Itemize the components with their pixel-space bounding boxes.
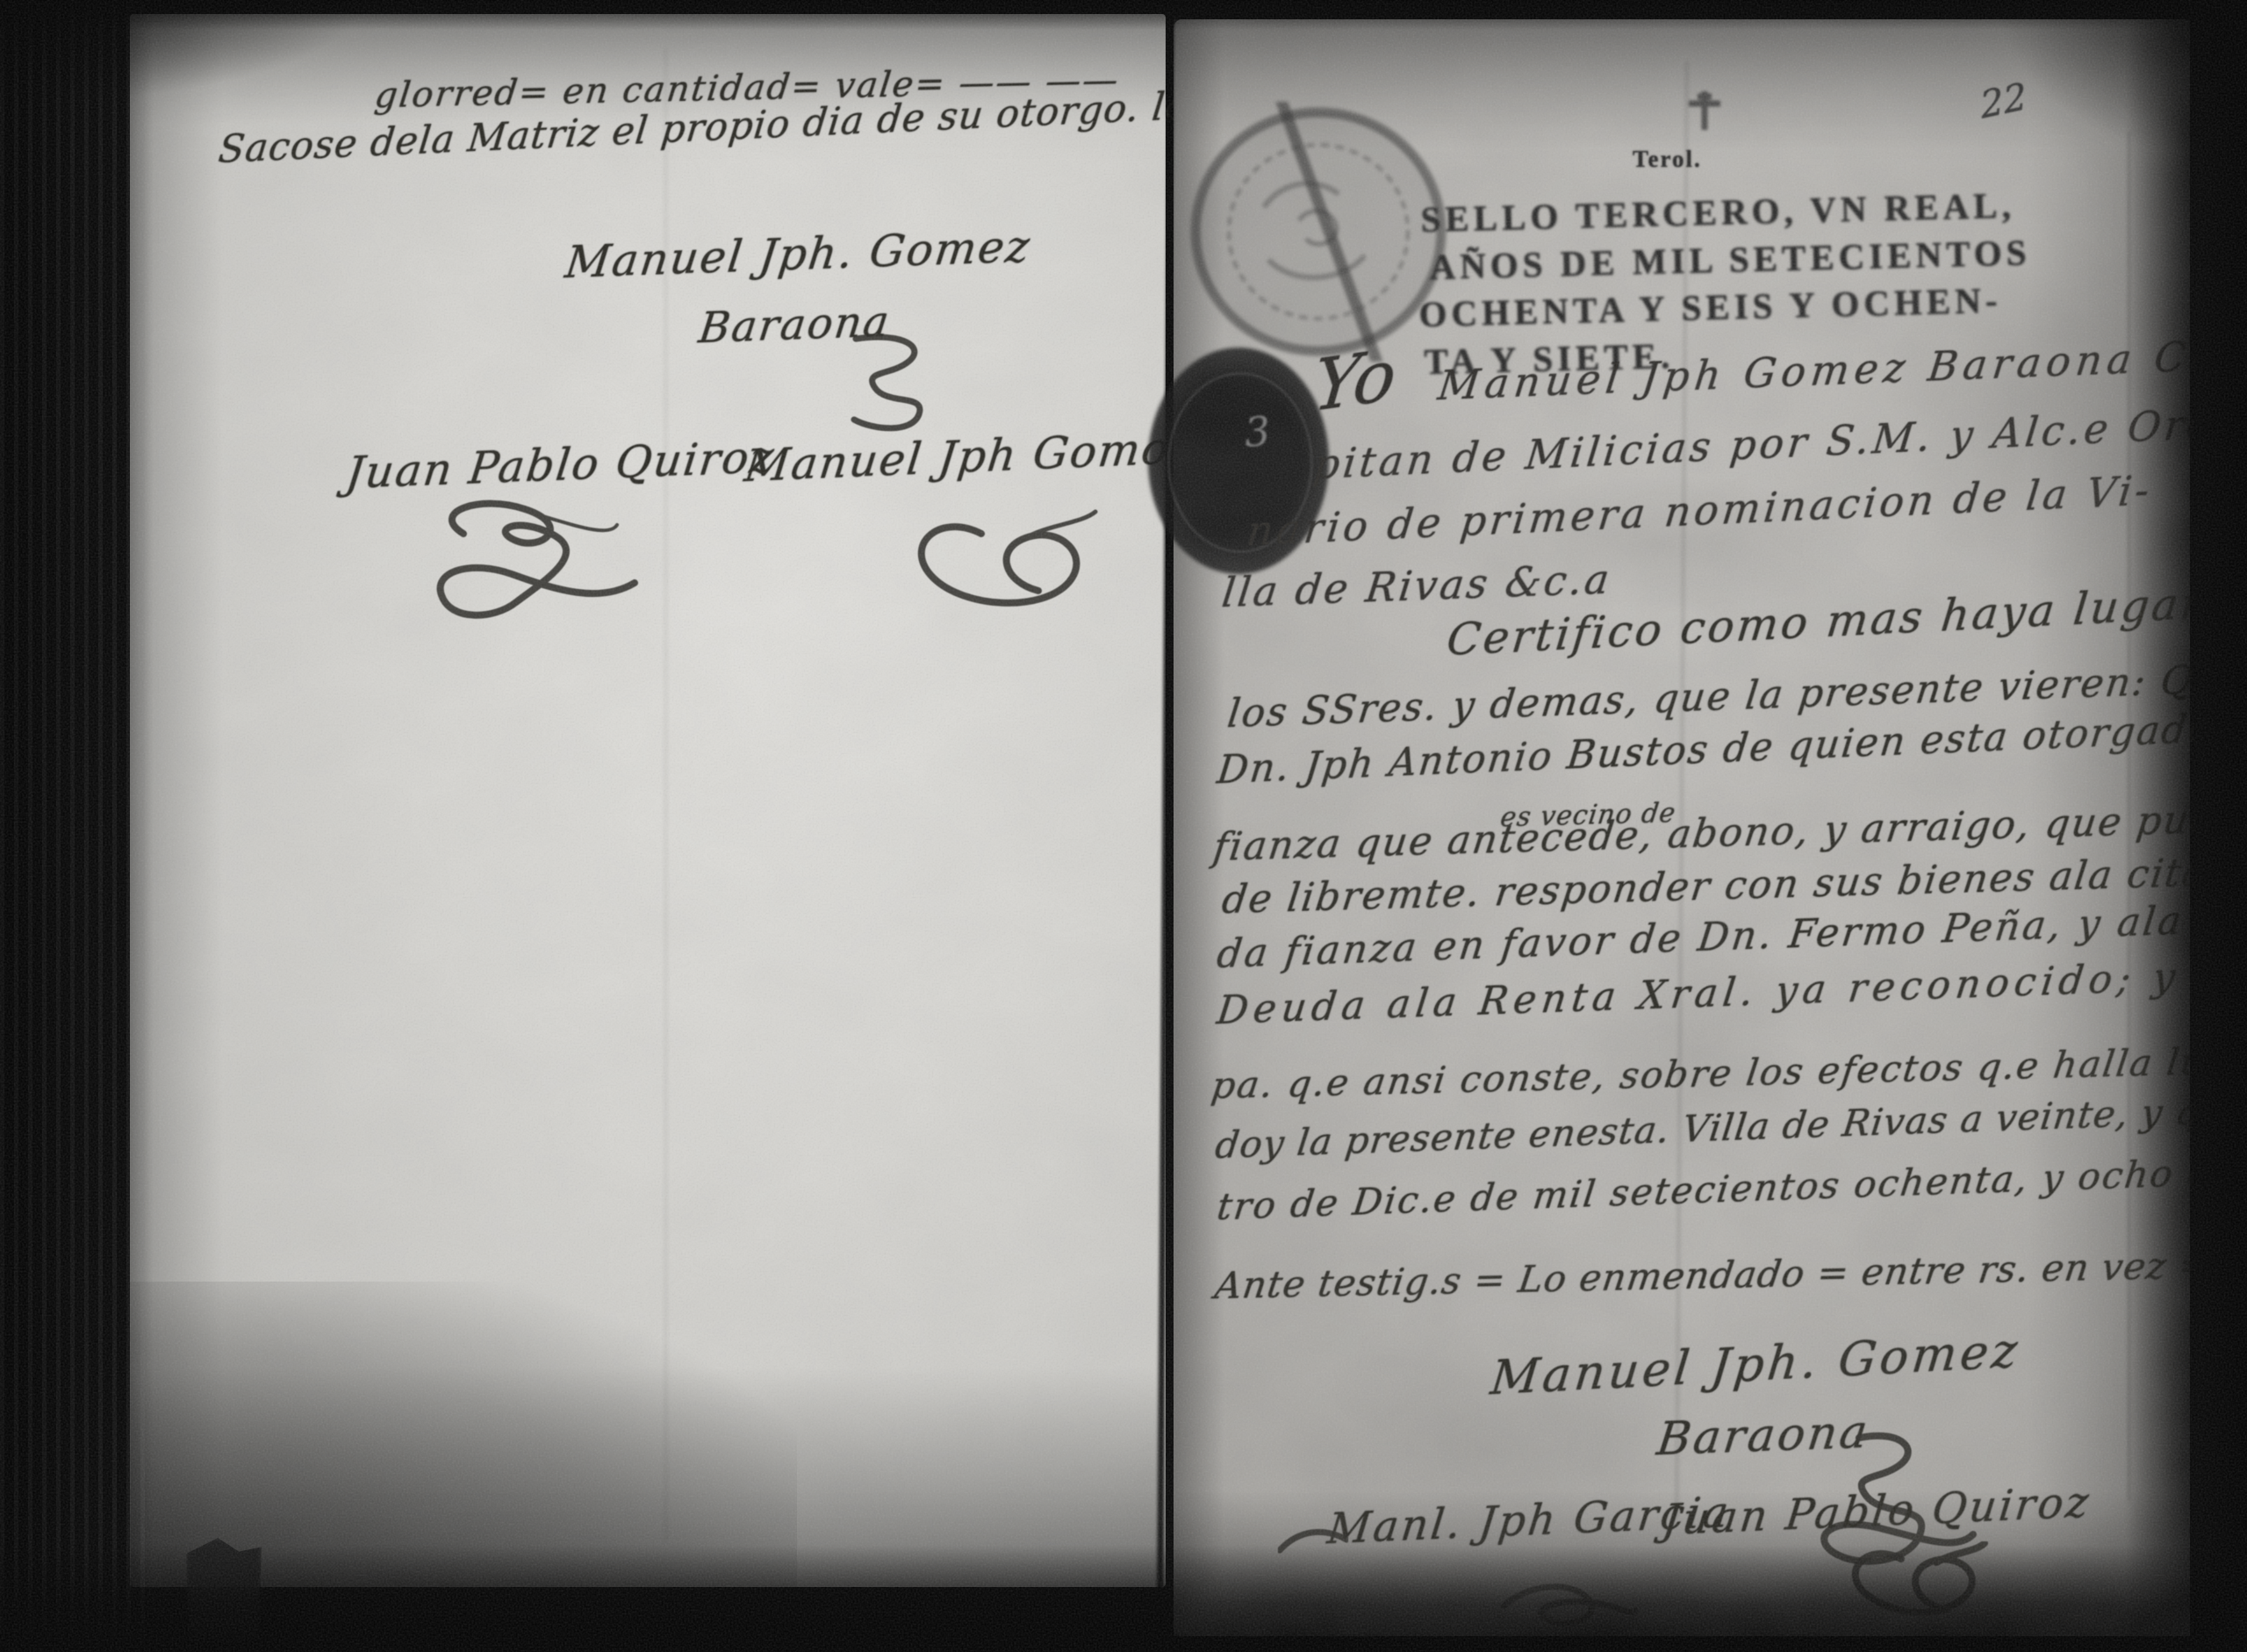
signature-rubric-icon	[1831, 1541, 1989, 1638]
stamp-small-label: Terol.	[1633, 146, 1702, 173]
cross-ornament-icon	[1685, 90, 1724, 132]
opening-initial: Yo	[1310, 333, 1400, 427]
seal-mark: 3	[1243, 407, 1272, 456]
signature-rubric-icon	[411, 499, 674, 630]
signature-rubric-icon	[1278, 1524, 1348, 1559]
manuscript-photo: glorred= en cantidad= vale= —— —— Sacose…	[0, 0, 2247, 1652]
signature-rubric-icon	[885, 507, 1104, 626]
signature-rubric-icon	[1490, 1571, 1640, 1637]
revenue-stamp-icon	[1185, 102, 1452, 362]
signature-rubric-icon	[821, 332, 952, 437]
